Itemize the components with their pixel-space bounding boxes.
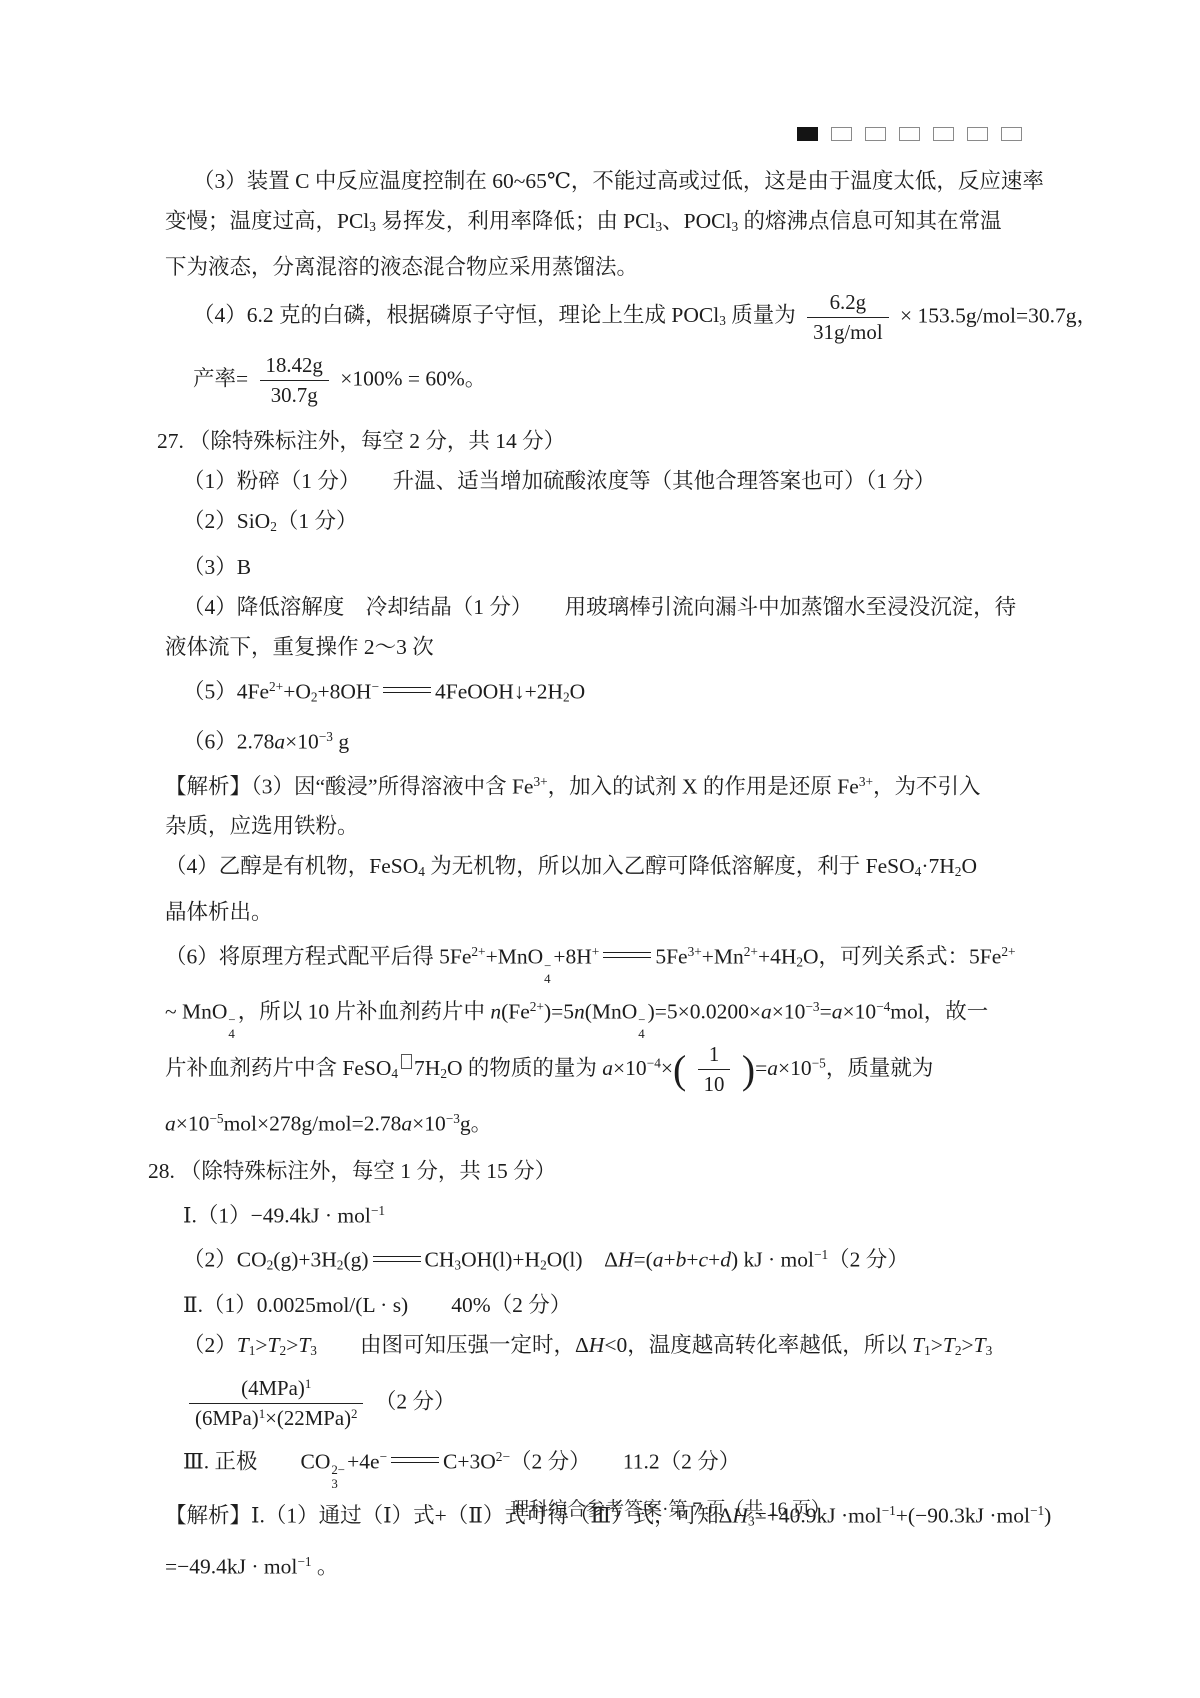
- empty-square-icon: [1001, 127, 1022, 141]
- q27-item-4-cont: 液体流下，重复操作 2～3 次: [165, 627, 1057, 667]
- q27-header-text: （除特殊标注外，每空 2 分，共 14 分）: [189, 429, 565, 453]
- q28-item-II-2: （2）T1>T2>T3 由图可知压强一定时，ΔH<0，温度越高转化率越低，所以 …: [165, 1325, 1057, 1371]
- q27-analysis-frac-line: 片补血剂药片中含 FeSO47H2O 的物质的量为 a×10−4×( 1 10 …: [165, 1041, 1057, 1098]
- q26-ans4-post: × 153.5g/mol=30.7g，: [900, 303, 1098, 327]
- q27-item-4: （4）降低溶解度 冷却结晶（1 分） 用玻璃棒引流向漏斗中加蒸馏水至浸没沉淀，待: [165, 587, 1057, 627]
- pressure-fraction-score: （2 分）: [375, 1390, 456, 1414]
- q27-item-3: （3）B: [165, 547, 1057, 587]
- q27-number: 27.: [157, 429, 184, 453]
- pressure-fraction: (4MPa)1 (6MPa)1×(22MPa)2: [189, 1375, 363, 1432]
- fraction-denominator: (6MPa)1×(22MPa)2: [189, 1404, 363, 1432]
- q26-ans3-line-2: 变慢；温度过高，PCl3 易挥发，利用率降低；由 PCl3、POCl3 的熔沸点…: [165, 201, 1057, 247]
- fraction-numerator: 1: [698, 1041, 731, 1070]
- empty-square-icon: [865, 127, 886, 141]
- q27-analysis-line-3: （4）乙醇是有机物，FeSO4 为无机物，所以加入乙醇可降低溶解度，利于 FeS…: [165, 846, 1057, 892]
- q28-item-I-1: Ⅰ.（1）−49.4kJ · mol−1: [165, 1191, 1057, 1235]
- q28-number: 28.: [148, 1159, 175, 1183]
- q27-analysis-tail: a×10−5mol×278g/mol=2.78a×10−3g。: [165, 1099, 1057, 1143]
- q27-item-5-equation: （5）4Fe2++O2+8OH−4FeOOH↓+2H2O: [165, 667, 1057, 717]
- q28-pressure-fraction-line: (4MPa)1 (6MPa)1×(22MPa)2 （2 分）: [165, 1375, 1057, 1432]
- fraction-numerator: (4MPa)1: [189, 1375, 363, 1404]
- analysis-frac-pre: 片补血剂药片中含 FeSO47H2O 的物质的量为 a×10−4×(: [165, 1056, 686, 1080]
- answer-sheet-page: （3）装置 C 中反应温度控制在 60~65℃，不能过高或过低，这是由于温度太低…: [0, 0, 1200, 1698]
- registration-squares: [797, 127, 1022, 141]
- q28-header: 28.（除特殊标注外，每空 1 分，共 15 分）: [148, 1151, 1057, 1191]
- yield-pre: 产率=: [193, 366, 248, 390]
- q27-item-2: （2）SiO2（1 分）: [165, 501, 1057, 547]
- yield-fraction: 18.42g 30.7g: [260, 352, 329, 409]
- q27-analysis-line-4: 晶体析出。: [165, 892, 1057, 932]
- filled-square-icon: [797, 127, 818, 141]
- fraction-denominator: 31g/mol: [807, 318, 888, 346]
- q27-analysis-line-2: 杂质，应选用铁粉。: [165, 806, 1057, 846]
- empty-square-icon: [831, 127, 852, 141]
- q26-ans3-line-1: （3）装置 C 中反应温度控制在 60~65℃，不能过高或过低，这是由于温度太低…: [165, 161, 1057, 201]
- q26-yield-line: 产率= 18.42g 30.7g ×100% = 60%。: [165, 352, 1057, 409]
- q27-header: 27.（除特殊标注外，每空 2 分，共 14 分）: [157, 421, 1057, 461]
- mass-fraction: 6.2g 31g/mol: [807, 289, 888, 346]
- fraction-denominator: 10: [698, 1070, 731, 1098]
- q28-item-II-1: Ⅱ.（1）0.0025mol/(L · s) 40%（2 分）: [165, 1285, 1057, 1325]
- q27-item-6: （6）2.78a×10−3 g: [165, 717, 1057, 761]
- empty-square-icon: [899, 127, 920, 141]
- yield-post: ×100% = 60%。: [340, 366, 486, 390]
- q26-ans4-pre: （4）6.2 克的白磷，根据磷原子守恒，理论上生成 POCl3 质量为: [193, 303, 796, 327]
- q28-item-III-equation: Ⅲ. 正极 CO2−3+4e−C+3O2−（2 分） 11.2（2 分）: [165, 1437, 1057, 1492]
- empty-square-icon: [933, 127, 954, 141]
- empty-square-icon: [967, 127, 988, 141]
- q27-item-1: （1）粉碎（1 分） 升温、适当增加硫酸浓度等（其他合理答案也可）（1 分）: [165, 461, 1057, 501]
- answers-content: （3）装置 C 中反应温度控制在 60~65℃，不能过高或过低，这是由于温度太低…: [165, 155, 1057, 1586]
- fraction-denominator: 30.7g: [260, 381, 329, 409]
- page-footer: 理科综合参考答案·第 7 页（共 16 页）: [0, 1494, 1200, 1521]
- analysis-frac-post: )=a×10−5，质量就为: [742, 1056, 933, 1080]
- q27-analysis-line-1: 【解析】（3）因“酸浸”所得溶液中含 Fe3+，加入的试剂 X 的作用是还原 F…: [165, 762, 1057, 806]
- q27-analysis-line-6: ~ MnO−4，所以 10 片补血剂药片中 n(Fe2+)=5n(MnO−4)=…: [165, 987, 1057, 1042]
- one-tenth-fraction: 1 10: [698, 1041, 731, 1098]
- q26-ans3-line-3: 下为液态，分离混溶的液态混合物应采用蒸馏法。: [165, 247, 1057, 287]
- fraction-numerator: 6.2g: [807, 289, 888, 318]
- q28-header-text: （除特殊标注外，每空 1 分，共 15 分）: [180, 1159, 556, 1183]
- fraction-numerator: 18.42g: [260, 352, 329, 381]
- q27-analysis-line-5: （6）将原理方程式配平后得 5Fe2++MnO−4+8H+5Fe3++Mn2++…: [165, 932, 1057, 987]
- q28-item-I-2-equation: （2）CO2(g)+3H2(g)CH3OH(l)+H2O(l) ΔH=(a+b+…: [165, 1235, 1057, 1285]
- q26-ans4-line: （4）6.2 克的白磷，根据磷原子守恒，理论上生成 POCl3 质量为 6.2g…: [165, 289, 1057, 346]
- q28-analysis-line-2: =−49.4kJ · mol−1 。: [165, 1542, 1057, 1586]
